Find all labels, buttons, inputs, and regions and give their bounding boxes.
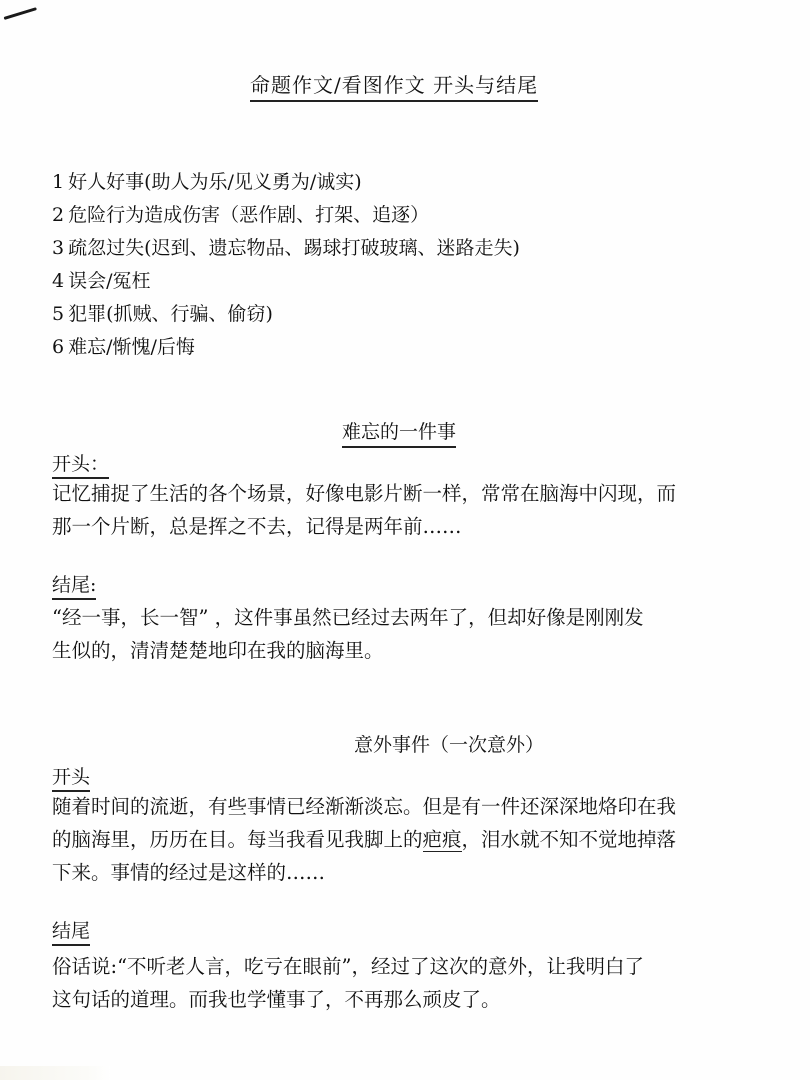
ending-label: 结尾:: [52, 573, 96, 600]
topic-item: 2危险行为造成伤害（恶作剧、打架、追逐）: [52, 199, 520, 232]
topic-item: 3疏忽过失(迟到、遗忘物品、踢球打破玻璃、迷路走失): [52, 232, 520, 265]
ending-label: 结尾: [52, 919, 90, 946]
line-with-underlined-word: 的脑海里，历历在目。每当我看见我脚上的疤痕，泪水就不知不觉地掉落: [52, 823, 764, 856]
topic-item: 6难忘/惭愧/后悔: [52, 331, 520, 364]
opening-label: 开头：: [52, 452, 109, 479]
ending-paragraph: “经一事，长一智” ，这件事虽然已经过去两年了，但却好像是刚刚发 生似的，清清楚…: [52, 601, 764, 667]
document-page: 命题作文/看图作文 开头与结尾 1好人好事(助人为乐/见义勇为/诚实) 2危险行…: [0, 0, 810, 1080]
topic-list: 1好人好事(助人为乐/见义勇为/诚实) 2危险行为造成伤害（恶作剧、打架、追逐）…: [52, 166, 520, 364]
section-heading-accident: 意外事件（一次意外）: [354, 732, 544, 758]
ending-paragraph: 俗话说:“不听老人言，吃亏在眼前”，经过了这次的意外，让我明白了 这句话的道理。…: [52, 950, 764, 1016]
opening-label: 开头: [52, 765, 90, 792]
opening-paragraph: 随着时间的流逝，有些事情已经渐渐淡忘。但是有一件还深深地烙印在我 的脑海里，历历…: [52, 790, 764, 889]
document-title: 命题作文/看图作文 开头与结尾: [250, 72, 538, 102]
underlined-word: 疤痕: [423, 828, 462, 852]
topic-item: 5犯罪(抓贼、行骗、偷窃): [52, 298, 520, 331]
section-heading-unforgettable: 难忘的一件事: [342, 419, 456, 448]
opening-paragraph: 记忆捕捉了生活的各个场景，好像电影片断一样，常常在脑海中闪现，而 那一个片断，总…: [52, 477, 764, 543]
pen-stroke-mark: [4, 7, 37, 20]
scan-edge-smudge: [0, 1066, 110, 1080]
topic-item: 4误会/冤枉: [52, 265, 520, 298]
topic-item: 1好人好事(助人为乐/见义勇为/诚实): [52, 166, 520, 199]
